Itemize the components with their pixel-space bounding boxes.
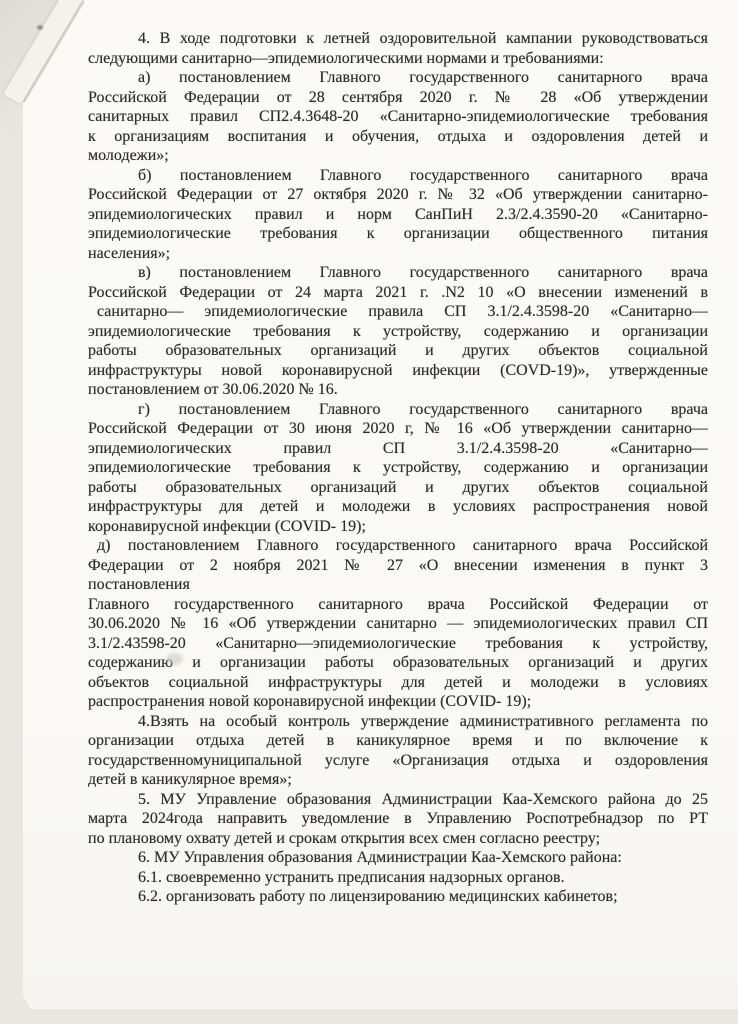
scan-speck bbox=[116, 58, 120, 61]
text-line: 30.06.2020 № 16 «Об утверждении санитарн… bbox=[88, 614, 708, 634]
scan-smudge bbox=[166, 653, 183, 665]
text-line: б) постановлением Главного государственн… bbox=[88, 166, 708, 186]
text-line: д) постановлением Главного государственн… bbox=[88, 536, 708, 556]
text-line: инфраструктуры новой коронавирусной инфе… bbox=[88, 361, 708, 381]
text-line: Российской Федерации от 27 октября 2020 … bbox=[88, 185, 708, 205]
text-line: 3.1/2.43598-20 «Санитарно—эпидемиологиче… bbox=[88, 634, 708, 654]
scan-speck bbox=[37, 25, 43, 30]
text-line: эпидемиологических правил СП 3.1/2.4.359… bbox=[88, 439, 708, 459]
text-line: населения»; bbox=[88, 244, 708, 264]
scanned-document: 4. В ходе подготовки к летней оздоровите… bbox=[0, 0, 738, 1024]
text-line: государственномуниципальной услуге «Орга… bbox=[88, 751, 708, 771]
document-body: 4. В ходе подготовки к летней оздоровите… bbox=[88, 29, 708, 907]
text-line: эпидемиологические требования к устройст… bbox=[88, 458, 708, 478]
text-line: объектов социальной инфраструктуры для д… bbox=[88, 673, 708, 693]
text-line: Российской Федерации от 30 июня 2020 г, … bbox=[88, 419, 708, 439]
text-line: по плановому охвату детей и срокам откры… bbox=[88, 829, 708, 849]
text-line: эпидемиологических правил и норм СанПиН … bbox=[88, 205, 708, 225]
text-line: постановлением от 30.06.2020 № 16. bbox=[88, 380, 708, 400]
text-line: в) постановлением Главного государственн… bbox=[88, 263, 708, 283]
text-line: 6.1. своевременно устранить предписания … bbox=[88, 868, 708, 888]
text-line: а) постановлением Главного государственн… bbox=[88, 68, 708, 88]
text-line: Главного государственного санитарного вр… bbox=[88, 595, 708, 615]
text-line: инфраструктуры для детей и молодежи в ус… bbox=[88, 497, 708, 517]
text-line: работы образовательных организаций и дру… bbox=[88, 478, 708, 498]
text-line: 6. МУ Управления образования Администрац… bbox=[88, 848, 708, 868]
text-line: санитарных правил СП2.4.3648-20 «Санитар… bbox=[88, 107, 708, 127]
text-line: эпидемиологические требования к организа… bbox=[88, 224, 708, 244]
text-line: следующими санитарно—эпидемиологическими… bbox=[88, 49, 708, 69]
text-line: Российской Федерации от 28 сентября 2020… bbox=[88, 88, 708, 108]
text-line: 4.Взять на особый контроль утверждение а… bbox=[88, 712, 708, 732]
text-line: детей в каникулярное время»; bbox=[88, 770, 708, 790]
text-line: г) постановлением Главного государственн… bbox=[88, 400, 708, 420]
text-line: работы образовательных организаций и дру… bbox=[88, 341, 708, 361]
text-line: Федерации от 2 ноября 2021 № 27 «О внесе… bbox=[88, 556, 708, 576]
text-line: коронавирусной инфекции (COVID- 19); bbox=[88, 517, 708, 537]
text-line: 6.2. организовать работу по лицензирован… bbox=[88, 887, 708, 907]
document-page: 4. В ходе подготовки к летней оздоровите… bbox=[20, 0, 738, 1009]
text-line: к организациям воспитания и обучения, от… bbox=[88, 127, 708, 147]
text-line: постановления bbox=[88, 575, 708, 595]
text-line: Российской Федерации от 24 марта 2021 г.… bbox=[88, 283, 708, 303]
text-line: эпидемиологические требования к устройст… bbox=[88, 322, 708, 342]
text-line: марта 2024года направить уведомление в У… bbox=[88, 809, 708, 829]
text-line: санитарно— эпидемиологические правила СП… bbox=[88, 302, 708, 322]
text-line: молодежи»; bbox=[88, 146, 708, 166]
text-line: 5. МУ Управление образования Администрац… bbox=[88, 790, 708, 810]
text-line: организации отдыха детей в каникулярное … bbox=[88, 731, 708, 751]
text-line: 4. В ходе подготовки к летней оздоровите… bbox=[88, 29, 708, 49]
text-line: распространения новой коронавирусной инф… bbox=[88, 692, 708, 712]
